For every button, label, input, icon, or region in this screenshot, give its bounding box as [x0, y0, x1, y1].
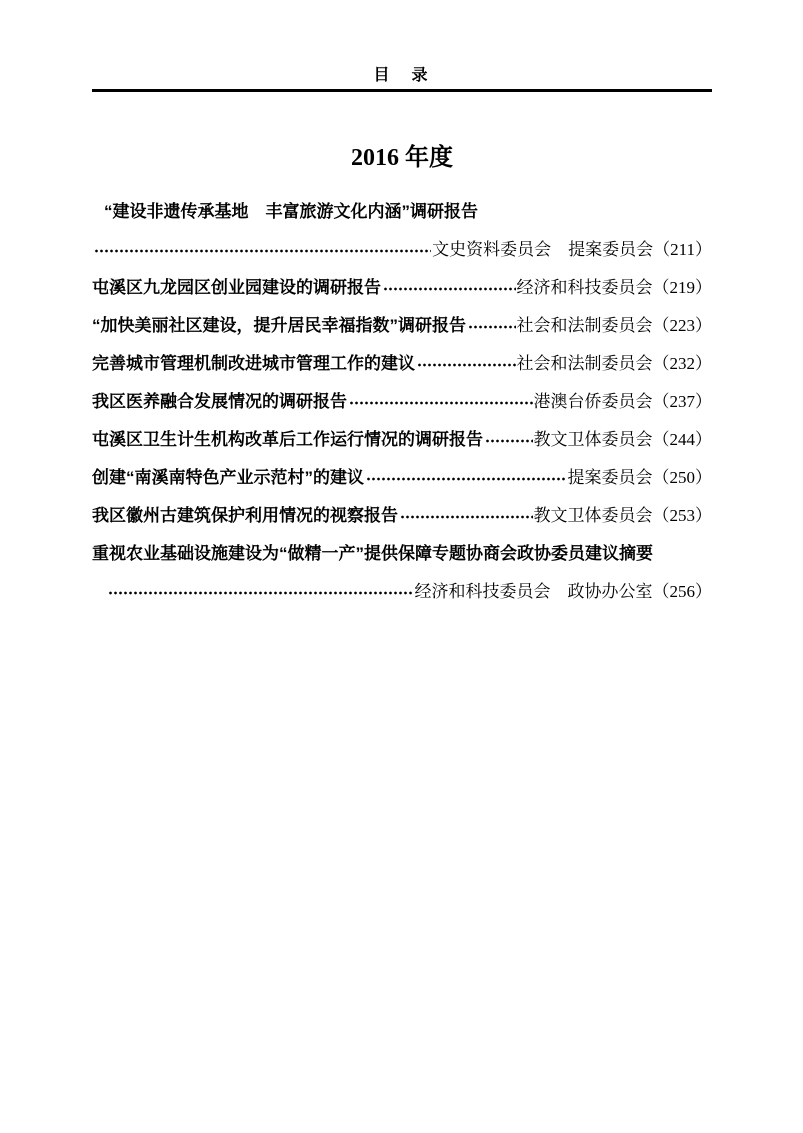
dot-leader — [108, 570, 414, 608]
entry-committee: 文史资料委员会 提案委员会 — [432, 235, 653, 260]
document-page: 目 录 2016 年度 “建设非遗传承基地 丰富旅游文化内涵”调研报告 文史资料… — [0, 0, 803, 1133]
toc-entry: 我区医养融合发展情况的调研报告 港澳台侨委员会（237） — [92, 380, 712, 418]
entry-page-number: （250） — [653, 463, 713, 488]
entry-committee: 社会和法制委员会 — [517, 311, 653, 336]
entry-committee: 港澳台侨委员会 — [534, 387, 653, 412]
entry-title: 我区医养融合发展情况的调研报告 — [92, 387, 347, 412]
toc-title-line: 完善城市管理机制改进城市管理工作的建议 社会和法制委员会（232） — [92, 342, 712, 380]
dot-leader — [468, 304, 516, 342]
dot-leader — [349, 380, 533, 418]
dot-leader — [417, 342, 516, 380]
entry-committee: 教文卫体委员会 — [534, 501, 653, 526]
toc-entry: 完善城市管理机制改进城市管理工作的建议 社会和法制委员会（232） — [92, 342, 712, 380]
entry-title: 创建“南溪南特色产业示范村”的建议 — [92, 463, 364, 488]
dot-leader — [485, 418, 533, 456]
entry-page-number: （223） — [653, 311, 713, 336]
toc-entry: 屯溪区卫生计生机构改革后工作运行情况的调研报告 教文卫体委员会（244） — [92, 418, 712, 456]
toc-title-line: 我区医养融合发展情况的调研报告 港澳台侨委员会（237） — [92, 380, 712, 418]
toc-list: “建设非遗传承基地 丰富旅游文化内涵”调研报告 文史资料委员会 提案委员会（21… — [92, 190, 712, 608]
toc-entry: 创建“南溪南特色产业示范村”的建议 提案委员会（250） — [92, 456, 712, 494]
toc-entry: 我区徽州古建筑保护利用情况的视察报告 教文卫体委员会（253） — [92, 494, 712, 532]
entry-title: 我区徽州古建筑保护利用情况的视察报告 — [92, 501, 398, 526]
toc-title-line: 屯溪区九龙园区创业园建设的调研报告 经济和科技委员会（219） — [92, 266, 712, 304]
entry-committee: 经济和科技委员会 — [517, 273, 653, 298]
toc-title-line: “建设非遗传承基地 丰富旅游文化内涵”调研报告 — [92, 190, 712, 228]
year-section-title: 2016 年度 — [92, 144, 712, 172]
dot-leader — [366, 456, 567, 494]
toc-title-line: 我区徽州古建筑保护利用情况的视察报告 教文卫体委员会（253） — [92, 494, 712, 532]
toc-entry: “建设非遗传承基地 丰富旅游文化内涵”调研报告 文史资料委员会 提案委员会（21… — [92, 190, 712, 266]
entry-title: 重视农业基础设施建设为“做精一产”提供保障专题协商会政协委员建议摘要 — [92, 539, 653, 564]
entry-page-number: （244） — [653, 425, 713, 450]
entry-title: 屯溪区九龙园区创业园建设的调研报告 — [92, 273, 381, 298]
toc-entry: 屯溪区九龙园区创业园建设的调研报告 经济和科技委员会（219） — [92, 266, 712, 304]
entry-title: “加快美丽社区建设，提升居民幸福指数”调研报告 — [92, 311, 466, 336]
toc-header-title: 目 录 — [373, 66, 430, 86]
entry-title: “建设非遗传承基地 丰富旅游文化内涵”调研报告 — [92, 197, 478, 222]
toc-title-line: 创建“南溪南特色产业示范村”的建议 提案委员会（250） — [92, 456, 712, 494]
toc-entry: 重视农业基础设施建设为“做精一产”提供保障专题协商会政协委员建议摘要 经济和科技… — [92, 532, 712, 608]
header-rule — [92, 89, 712, 92]
toc-entry: “加快美丽社区建设，提升居民幸福指数”调研报告 社会和法制委员会（223） — [92, 304, 712, 342]
entry-committee: 经济和科技委员会 政协办公室 — [415, 577, 653, 602]
toc-title-line: 屯溪区卫生计生机构改革后工作运行情况的调研报告 教文卫体委员会（244） — [92, 418, 712, 456]
dot-leader — [400, 494, 533, 532]
page-header: 目 录 — [92, 66, 712, 92]
entry-title: 屯溪区卫生计生机构改革后工作运行情况的调研报告 — [92, 425, 483, 450]
entry-page-number: （256） — [653, 577, 713, 602]
entry-title: 完善城市管理机制改进城市管理工作的建议 — [92, 349, 415, 374]
toc-ref-line: 文史资料委员会 提案委员会（211） — [92, 228, 712, 266]
toc-title-line: “加快美丽社区建设，提升居民幸福指数”调研报告 社会和法制委员会（223） — [92, 304, 712, 342]
entry-committee: 社会和法制委员会 — [517, 349, 653, 374]
toc-title-line: 重视农业基础设施建设为“做精一产”提供保障专题协商会政协委员建议摘要 — [92, 532, 712, 570]
entry-page-number: （232） — [653, 349, 713, 374]
dot-leader — [383, 266, 516, 304]
toc-ref-line: 经济和科技委员会 政协办公室（256） — [92, 570, 712, 608]
entry-page-number: （219） — [653, 273, 713, 298]
entry-page-number: （237） — [653, 387, 713, 412]
dot-leader — [94, 228, 431, 266]
entry-page-number: （211） — [653, 235, 712, 260]
entry-page-number: （253） — [653, 501, 713, 526]
entry-committee: 提案委员会 — [568, 463, 653, 488]
entry-committee: 教文卫体委员会 — [534, 425, 653, 450]
